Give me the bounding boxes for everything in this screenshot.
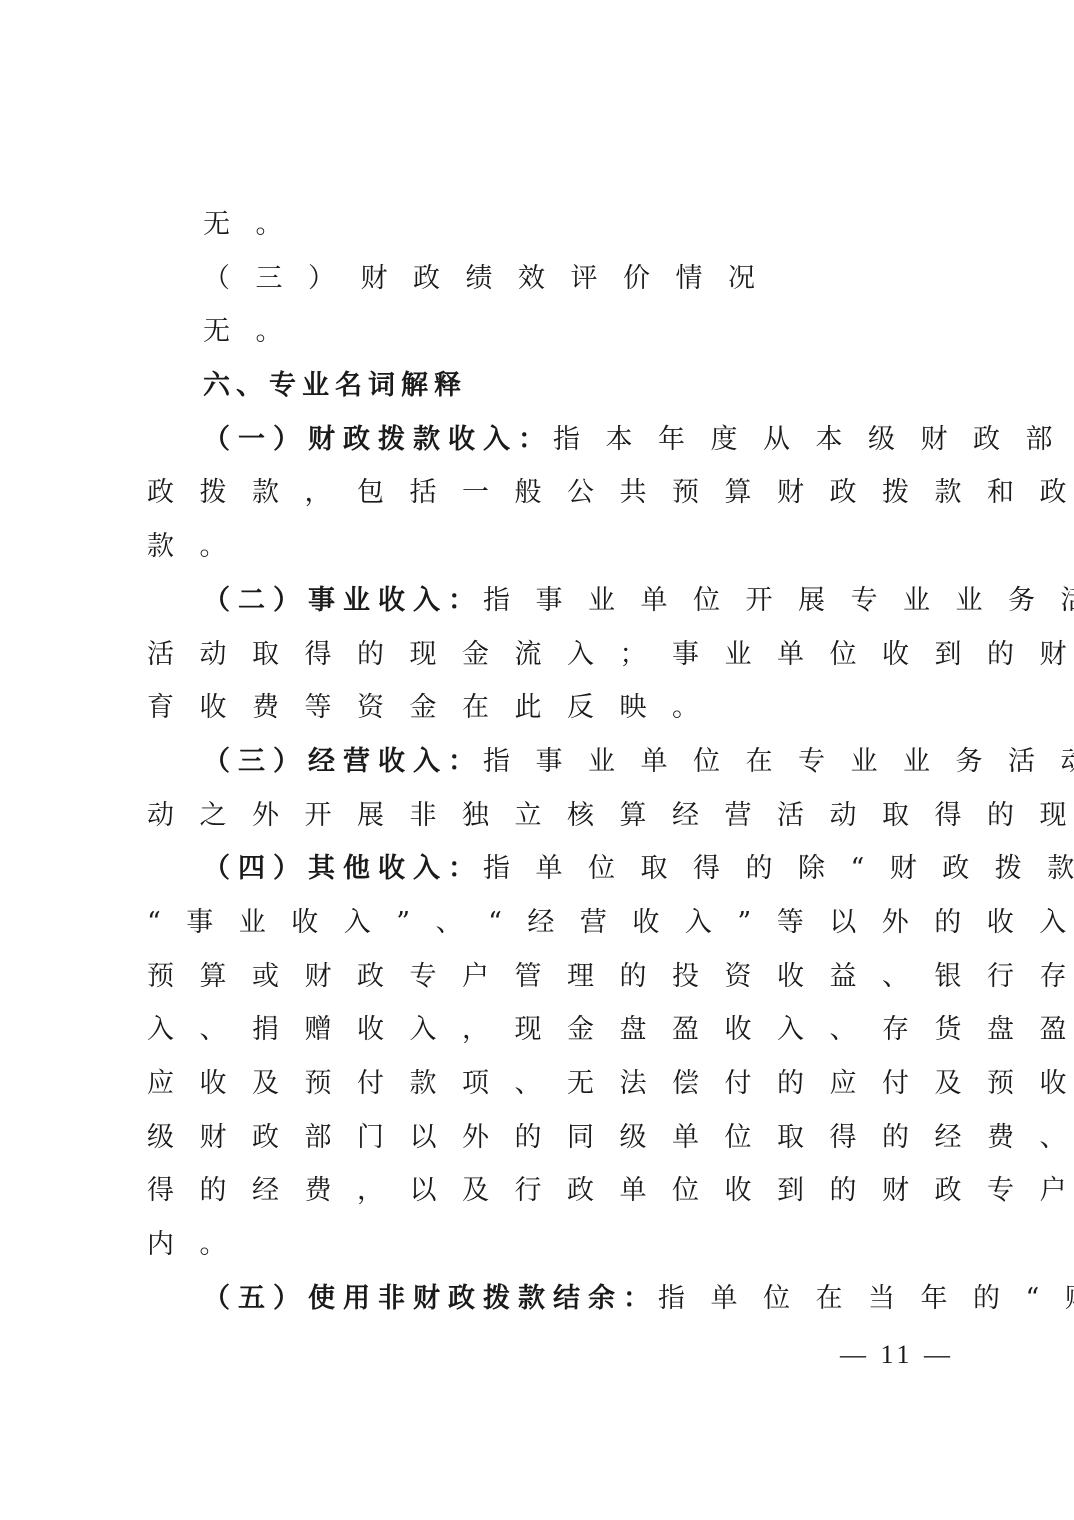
definition-term: （一）财政拨款收入： <box>203 424 553 455</box>
definition-text: 指事业单位在专业业务活动及其辅助活 <box>483 746 1074 777</box>
subsection-heading: （三）财政绩效评价情况 <box>147 252 943 306</box>
definition-term: （三）经营收入： <box>203 746 483 777</box>
definition-business-income: （二）事业收入：指事业单位开展专业业务活动及其辅助 <box>147 574 943 628</box>
document-page: 无。 （三）财政绩效评价情况 无。 六、专业名词解释 （一）财政拨款收入：指本年… <box>147 198 943 1325</box>
definition-term: （五）使用非财政拨款结余： <box>203 1283 658 1314</box>
definition-text: 款。 <box>147 520 943 574</box>
definition-text: 内。 <box>147 1218 943 1272</box>
definition-text: 活动取得的现金流入；事业单位收到的财政专户实际核拨的教 <box>147 628 943 682</box>
definition-financial-appropriation: （一）财政拨款收入：指本年度从本级财政部门取得的财 <box>147 413 943 467</box>
definition-operating-income: （三）经营收入：指事业单位在专业业务活动及其辅助活 <box>147 735 943 789</box>
definition-text: 入、捐赠收入，现金盘盈收入、存货盘盈收入、收回已核销的 <box>147 1003 943 1057</box>
definition-text: 动之外开展非独立核算经营活动取得的现金流入。 <box>147 789 943 843</box>
definition-text: 指本年度从本级财政部门取得的财 <box>553 424 1074 455</box>
body-text: 无。 <box>147 305 943 359</box>
section-heading: 六、专业名词解释 <box>147 359 943 413</box>
definition-text: 指事业单位开展专业业务活动及其辅助 <box>483 585 1074 616</box>
definition-term: （二）事业收入： <box>203 585 483 616</box>
definition-text: 指单位在当年的“财政拨款 <box>658 1283 1074 1314</box>
definition-text: 指单位取得的除“财政拨款收入”、 <box>483 853 1074 884</box>
definition-non-appropriation-balance: （五）使用非财政拨款结余：指单位在当年的“财政拨款 <box>147 1272 943 1326</box>
definition-text: 级财政部门以外的同级单位取得的经费、从非本级财政部门取 <box>147 1111 943 1165</box>
definition-text: 育收费等资金在此反映。 <box>147 681 943 735</box>
definition-text: 应收及预付款项、无法偿付的应付及预收款项等。各单位从本 <box>147 1057 943 1111</box>
page-number: — 11 — <box>840 1340 954 1370</box>
body-text: 无。 <box>147 198 943 252</box>
definition-text: “事业收入”、“经营收入”等以外的收入，包括未纳入财政 <box>147 896 943 950</box>
definition-text: 预算或财政专户管理的投资收益、银行存款利息收入、租金收 <box>147 950 943 1004</box>
definition-term: （四）其他收入： <box>203 853 483 884</box>
definition-text: 得的经费，以及行政单位收到的财政专户管理资金反映在本项 <box>147 1164 943 1218</box>
definition-other-income: （四）其他收入：指单位取得的除“财政拨款收入”、 <box>147 842 943 896</box>
definition-text: 政拨款，包括一般公共预算财政拨款和政府性基金预算财政拨 <box>147 466 943 520</box>
